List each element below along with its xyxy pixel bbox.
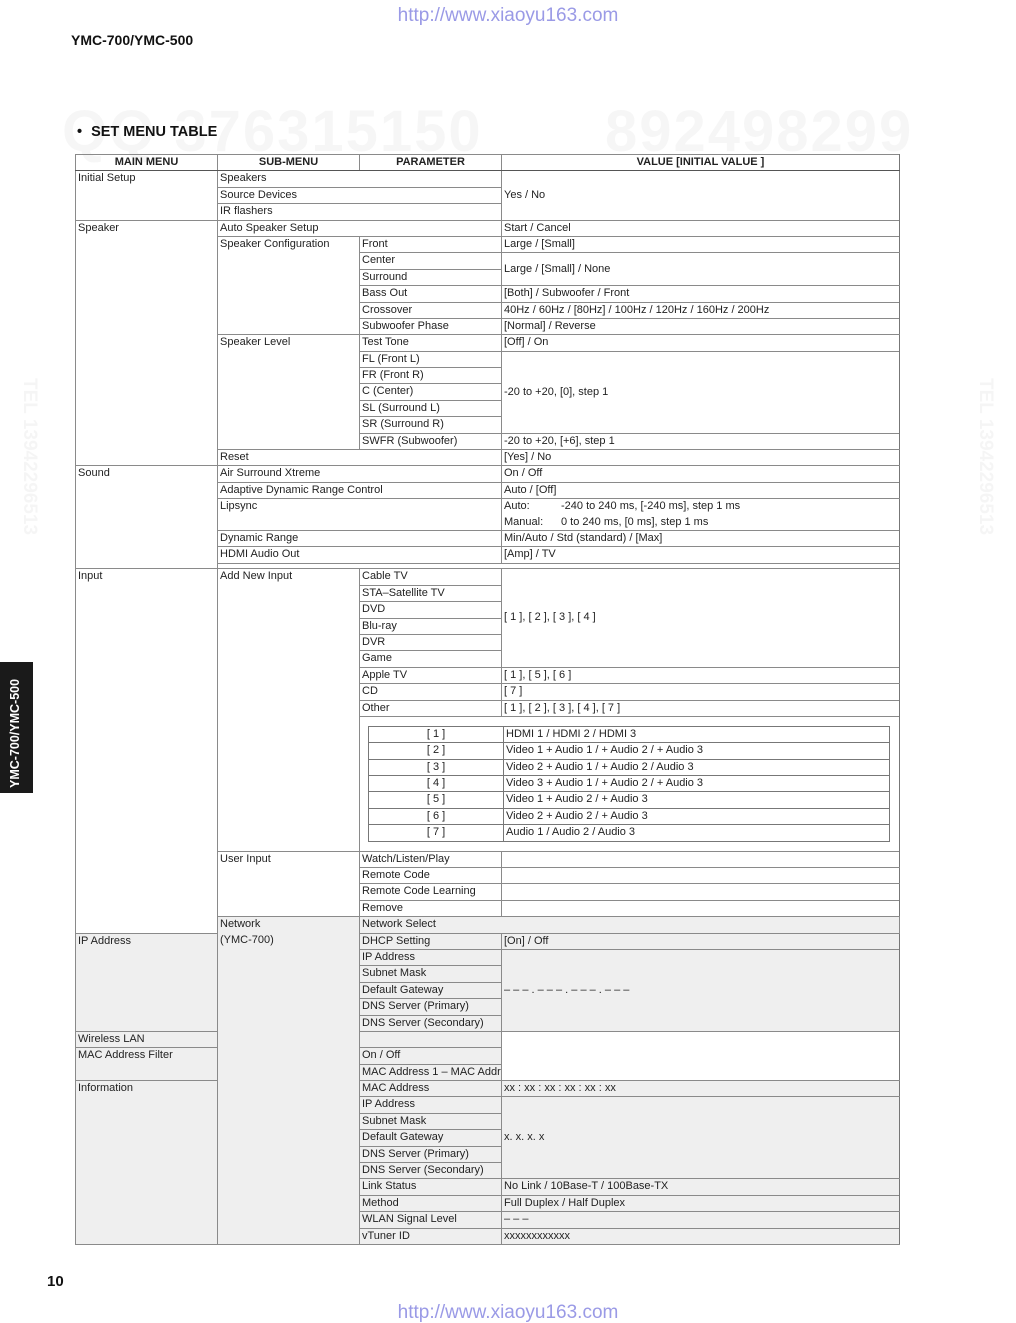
parameter-cell: vTuner ID <box>360 1228 502 1244</box>
value-cell: – – – . – – – . – – – . – – – <box>502 949 900 1031</box>
mac-range-label: MAC Address 1 – MAC Address 10 <box>362 1066 502 1078</box>
page-number: 10 <box>47 1273 64 1290</box>
parameter-cell: DNS Server (Secondary) <box>360 1015 502 1031</box>
parameter-cell: Subwoofer Phase <box>360 318 502 334</box>
parameter-cell: DVR <box>360 634 502 650</box>
main-menu-network-note: (YMC-700) <box>220 933 357 948</box>
legend-value: HDMI 1 / HDMI 2 / HDMI 3 <box>504 726 890 742</box>
sub-menu-cell: Speaker Configuration <box>218 236 360 334</box>
watermark-url-bottom: http://www.xiaoyu163.com <box>0 1302 1016 1323</box>
value-cell: 40Hz / 60Hz / [80Hz] / 100Hz / 120Hz / 1… <box>502 302 900 318</box>
parameter-cell: Cable TV <box>360 568 502 585</box>
table-row: IP Address DHCP Setting [On] / Off <box>76 933 900 949</box>
header-sub-menu: SUB-MENU <box>218 155 360 171</box>
sub-menu-cell: HDMI Audio Out <box>218 547 502 563</box>
table-row: Input Add New Input Cable TV [ 1 ], [ 2 … <box>76 568 900 585</box>
legend-key: [ 5 ] <box>369 792 504 808</box>
table-header-row: MAIN MENU SUB-MENU PARAMETER VALUE [INIT… <box>76 155 900 171</box>
parameter-cell: Link Status <box>360 1179 502 1195</box>
value-cell: xx : xx : xx : xx : xx : xx <box>502 1081 900 1097</box>
value-cell: [Off] / On <box>502 335 900 351</box>
sub-menu-cell: Lipsync <box>218 499 502 531</box>
sub-menu-cell: Reset <box>218 450 502 466</box>
lipsync-manual-value: 0 to 240 ms, [0 ms], step 1 ms <box>561 515 708 530</box>
value-cell: Auto / [Off] <box>502 482 900 498</box>
value-cell: – – – <box>502 1212 900 1228</box>
table-row: Speaker Auto Speaker Setup Start / Cance… <box>76 220 900 236</box>
sub-menu-cell: Information <box>76 1081 218 1245</box>
header-value: VALUE [INITIAL VALUE ] <box>502 155 900 171</box>
sub-menu-cell: User Input <box>218 851 360 917</box>
value-cell: [Amp] / TV <box>502 547 900 563</box>
parameter-cell: Blu-ray <box>360 618 502 634</box>
parameter-cell: Remote Code Learning <box>360 884 502 900</box>
parameter-cell: Center <box>360 253 502 269</box>
side-tab: YMC-700/YMC-500 <box>0 662 33 793</box>
value-cell: On / Off <box>360 1048 502 1064</box>
parameter-cell: WLAN Signal Level <box>360 1212 502 1228</box>
parameter-cell: Remove <box>360 900 502 916</box>
parameter-cell: Default Gateway <box>360 1130 502 1146</box>
section-title: •SET MENU TABLE <box>77 124 217 140</box>
parameter-cell: DVD <box>360 602 502 618</box>
legend-value: Video 1 + Audio 1 / + Audio 2 / + Audio … <box>504 743 890 759</box>
main-menu-cell: Input <box>76 568 218 933</box>
watermark-url-top: http://www.xiaoyu163.com <box>0 5 1016 27</box>
table-row: Wireless LAN <box>76 1031 900 1047</box>
legend-key: [ 1 ] <box>369 726 504 742</box>
table-row: MAC Address Filter On / Off <box>76 1048 900 1064</box>
sub-menu-cell: Network Select <box>360 917 900 933</box>
value-cell: [Normal] / Reverse <box>502 318 900 334</box>
main-menu-network: Network <box>220 917 357 932</box>
value-cell: [Both] / Subwoofer / Front <box>502 286 900 302</box>
header-main-menu: MAIN MENU <box>76 155 218 171</box>
value-cell: [ 7 ] <box>502 684 900 700</box>
value-cell: Yes / No <box>502 171 900 220</box>
legend-row: [ 2 ]Video 1 + Audio 1 / + Audio 2 / + A… <box>369 743 890 759</box>
parameter-cell: Subnet Mask <box>360 966 502 982</box>
parameter-cell: DNS Server (Primary) <box>360 1146 502 1162</box>
parameter-cell: SL (Surround L) <box>360 400 502 416</box>
value-cell: Start / Cancel <box>502 220 900 236</box>
value-cell <box>502 900 900 916</box>
table-row: Initial Setup Speakers Yes / No <box>76 171 900 187</box>
table-row: Sound Air Surround Xtreme On / Off <box>76 466 900 482</box>
parameter-cell: Test Tone <box>360 335 502 351</box>
value-cell-lipsync-auto: Auto:-240 to 240 ms, [-240 ms], step 1 m… <box>502 499 900 515</box>
value-cell-lipsync-manual: Manual:0 to 240 ms, [0 ms], step 1 ms <box>502 515 900 531</box>
parameter-cell: DNS Server (Primary) <box>360 999 502 1015</box>
header-parameter: PARAMETER <box>360 155 502 171</box>
legend-key: [ 4 ] <box>369 776 504 792</box>
value-cell: [ 1 ], [ 5 ], [ 6 ] <box>502 667 900 683</box>
value-cell <box>360 1031 502 1047</box>
parameter-cell: Method <box>360 1195 502 1211</box>
bullet-icon: • <box>77 124 82 140</box>
legend-row: [ 4 ]Video 3 + Audio 1 / + Audio 2 / + A… <box>369 776 890 792</box>
parameter-cell: C (Center) <box>360 384 502 400</box>
value-cell: [On] / Off <box>502 933 900 949</box>
value-cell: Large / [Small] / None <box>502 253 900 286</box>
legend-value: Video 3 + Audio 1 / + Audio 2 / + Audio … <box>504 776 890 792</box>
sub-menu-cell: IR flashers <box>218 204 502 220</box>
legend-row: [ 6 ]Video 2 + Audio 2 / + Audio 3 <box>369 808 890 824</box>
value-cell: x. x. x. x <box>502 1097 900 1179</box>
parameter-cell: CD <box>360 684 502 700</box>
input-legend-table: [ 1 ]HDMI 1 / HDMI 2 / HDMI 3 [ 2 ]Video… <box>368 726 890 842</box>
legend-key: [ 2 ] <box>369 743 504 759</box>
parameter-cell: IP Address <box>360 949 502 965</box>
main-menu-cell: Speaker <box>76 220 218 466</box>
sub-menu-cell: Air Surround Xtreme <box>218 466 502 482</box>
section-title-text: SET MENU TABLE <box>91 124 217 140</box>
parameter-cell: MAC Address <box>360 1081 502 1097</box>
value-cell: -20 to +20, [0], step 1 <box>502 351 900 433</box>
watermark-tel-right: TEL 13942296513 <box>974 378 996 535</box>
parameter-cell: Remote Code <box>360 868 502 884</box>
legend-row: [ 1 ]HDMI 1 / HDMI 2 / HDMI 3 <box>369 726 890 742</box>
value-cell: Large / [Small] <box>502 236 900 252</box>
watermark-tel-left: TEL 13942296513 <box>18 378 40 535</box>
value-cell <box>502 868 900 884</box>
sub-menu-cell: MAC Address Filter <box>76 1048 360 1081</box>
sub-menu-cell: Adaptive Dynamic Range Control <box>218 482 502 498</box>
sub-menu-cell: IP Address <box>76 933 218 1031</box>
parameter-cell: Other <box>360 700 502 716</box>
value-cell: MAC Address 1 – MAC Address 10– – : – – … <box>360 1064 502 1080</box>
legend-row: [ 3 ]Video 2 + Audio 1 / + Audio 2 / Aud… <box>369 759 890 775</box>
set-menu-table: MAIN MENU SUB-MENU PARAMETER VALUE [INIT… <box>75 154 900 1245</box>
value-cell: xxxxxxxxxxxx <box>502 1228 900 1244</box>
lipsync-auto-value: -240 to 240 ms, [-240 ms], step 1 ms <box>561 499 740 514</box>
side-tab-label: YMC-700/YMC-500 <box>8 679 22 788</box>
model-header: YMC-700/YMC-500 <box>71 32 193 48</box>
parameter-cell: DNS Server (Secondary) <box>360 1163 502 1179</box>
main-menu-cell: Network(YMC-700) <box>218 917 360 1245</box>
legend-key: [ 7 ] <box>369 825 504 841</box>
value-cell: [Yes] / No <box>502 450 900 466</box>
parameter-cell: SR (Surround R) <box>360 417 502 433</box>
legend-row: [ 7 ]Audio 1 / Audio 2 / Audio 3 <box>369 825 890 841</box>
value-cell: [ 1 ], [ 2 ], [ 3 ], [ 4 ] <box>502 568 900 667</box>
parameter-cell: Front <box>360 236 502 252</box>
parameter-cell: FR (Front R) <box>360 368 502 384</box>
sub-menu-cell: Wireless LAN <box>76 1031 360 1047</box>
parameter-cell: FL (Front L) <box>360 351 502 367</box>
parameter-cell: Watch/Listen/Play <box>360 851 502 867</box>
parameter-cell: Game <box>360 651 502 667</box>
value-cell: Full Duplex / Half Duplex <box>502 1195 900 1211</box>
legend-row: [ 5 ]Video 1 + Audio 2 / + Audio 3 <box>369 792 890 808</box>
value-cell: [ 1 ], [ 2 ], [ 3 ], [ 4 ], [ 7 ] <box>502 700 900 716</box>
lipsync-manual-label: Manual: <box>504 515 561 530</box>
parameter-cell: SWFR (Subwoofer) <box>360 433 502 449</box>
main-menu-cell: Initial Setup <box>76 171 218 220</box>
sub-menu-cell: Dynamic Range <box>218 530 502 546</box>
legend-key: [ 6 ] <box>369 808 504 824</box>
value-cell <box>502 884 900 900</box>
parameter-cell: IP Address <box>360 1097 502 1113</box>
value-cell: On / Off <box>502 466 900 482</box>
input-legend-cell: [ 1 ]HDMI 1 / HDMI 2 / HDMI 3 [ 2 ]Video… <box>360 716 900 851</box>
value-cell: No Link / 10Base-T / 100Base-TX <box>502 1179 900 1195</box>
value-cell <box>502 851 900 867</box>
legend-key: [ 3 ] <box>369 759 504 775</box>
main-menu-cell: Sound <box>76 466 218 568</box>
legend-value: Video 2 + Audio 1 / + Audio 2 / Audio 3 <box>504 759 890 775</box>
sub-menu-cell: Speakers <box>218 171 502 187</box>
parameter-cell: DHCP Setting <box>360 933 502 949</box>
legend-value: Audio 1 / Audio 2 / Audio 3 <box>504 825 890 841</box>
sub-menu-cell: Source Devices <box>218 187 502 203</box>
value-cell: -20 to +20, [+6], step 1 <box>502 433 900 449</box>
value-cell: Min/Auto / Std (standard) / [Max] <box>502 530 900 546</box>
lipsync-auto-label: Auto: <box>504 499 561 514</box>
parameter-cell: Apple TV <box>360 667 502 683</box>
parameter-cell: Subnet Mask <box>360 1113 502 1129</box>
parameter-cell: STA–Satellite TV <box>360 585 502 601</box>
parameter-cell: Surround <box>360 269 502 285</box>
legend-value: Video 2 + Audio 2 / + Audio 3 <box>504 808 890 824</box>
table-row: Information MAC Address xx : xx : xx : x… <box>76 1081 900 1097</box>
sub-menu-cell: Speaker Level <box>218 335 360 450</box>
parameter-cell: Crossover <box>360 302 502 318</box>
sub-menu-cell: Add New Input <box>218 568 360 851</box>
legend-value: Video 1 + Audio 2 / + Audio 3 <box>504 792 890 808</box>
parameter-cell: Bass Out <box>360 286 502 302</box>
sub-menu-cell: Auto Speaker Setup <box>218 220 502 236</box>
parameter-cell: Default Gateway <box>360 982 502 998</box>
